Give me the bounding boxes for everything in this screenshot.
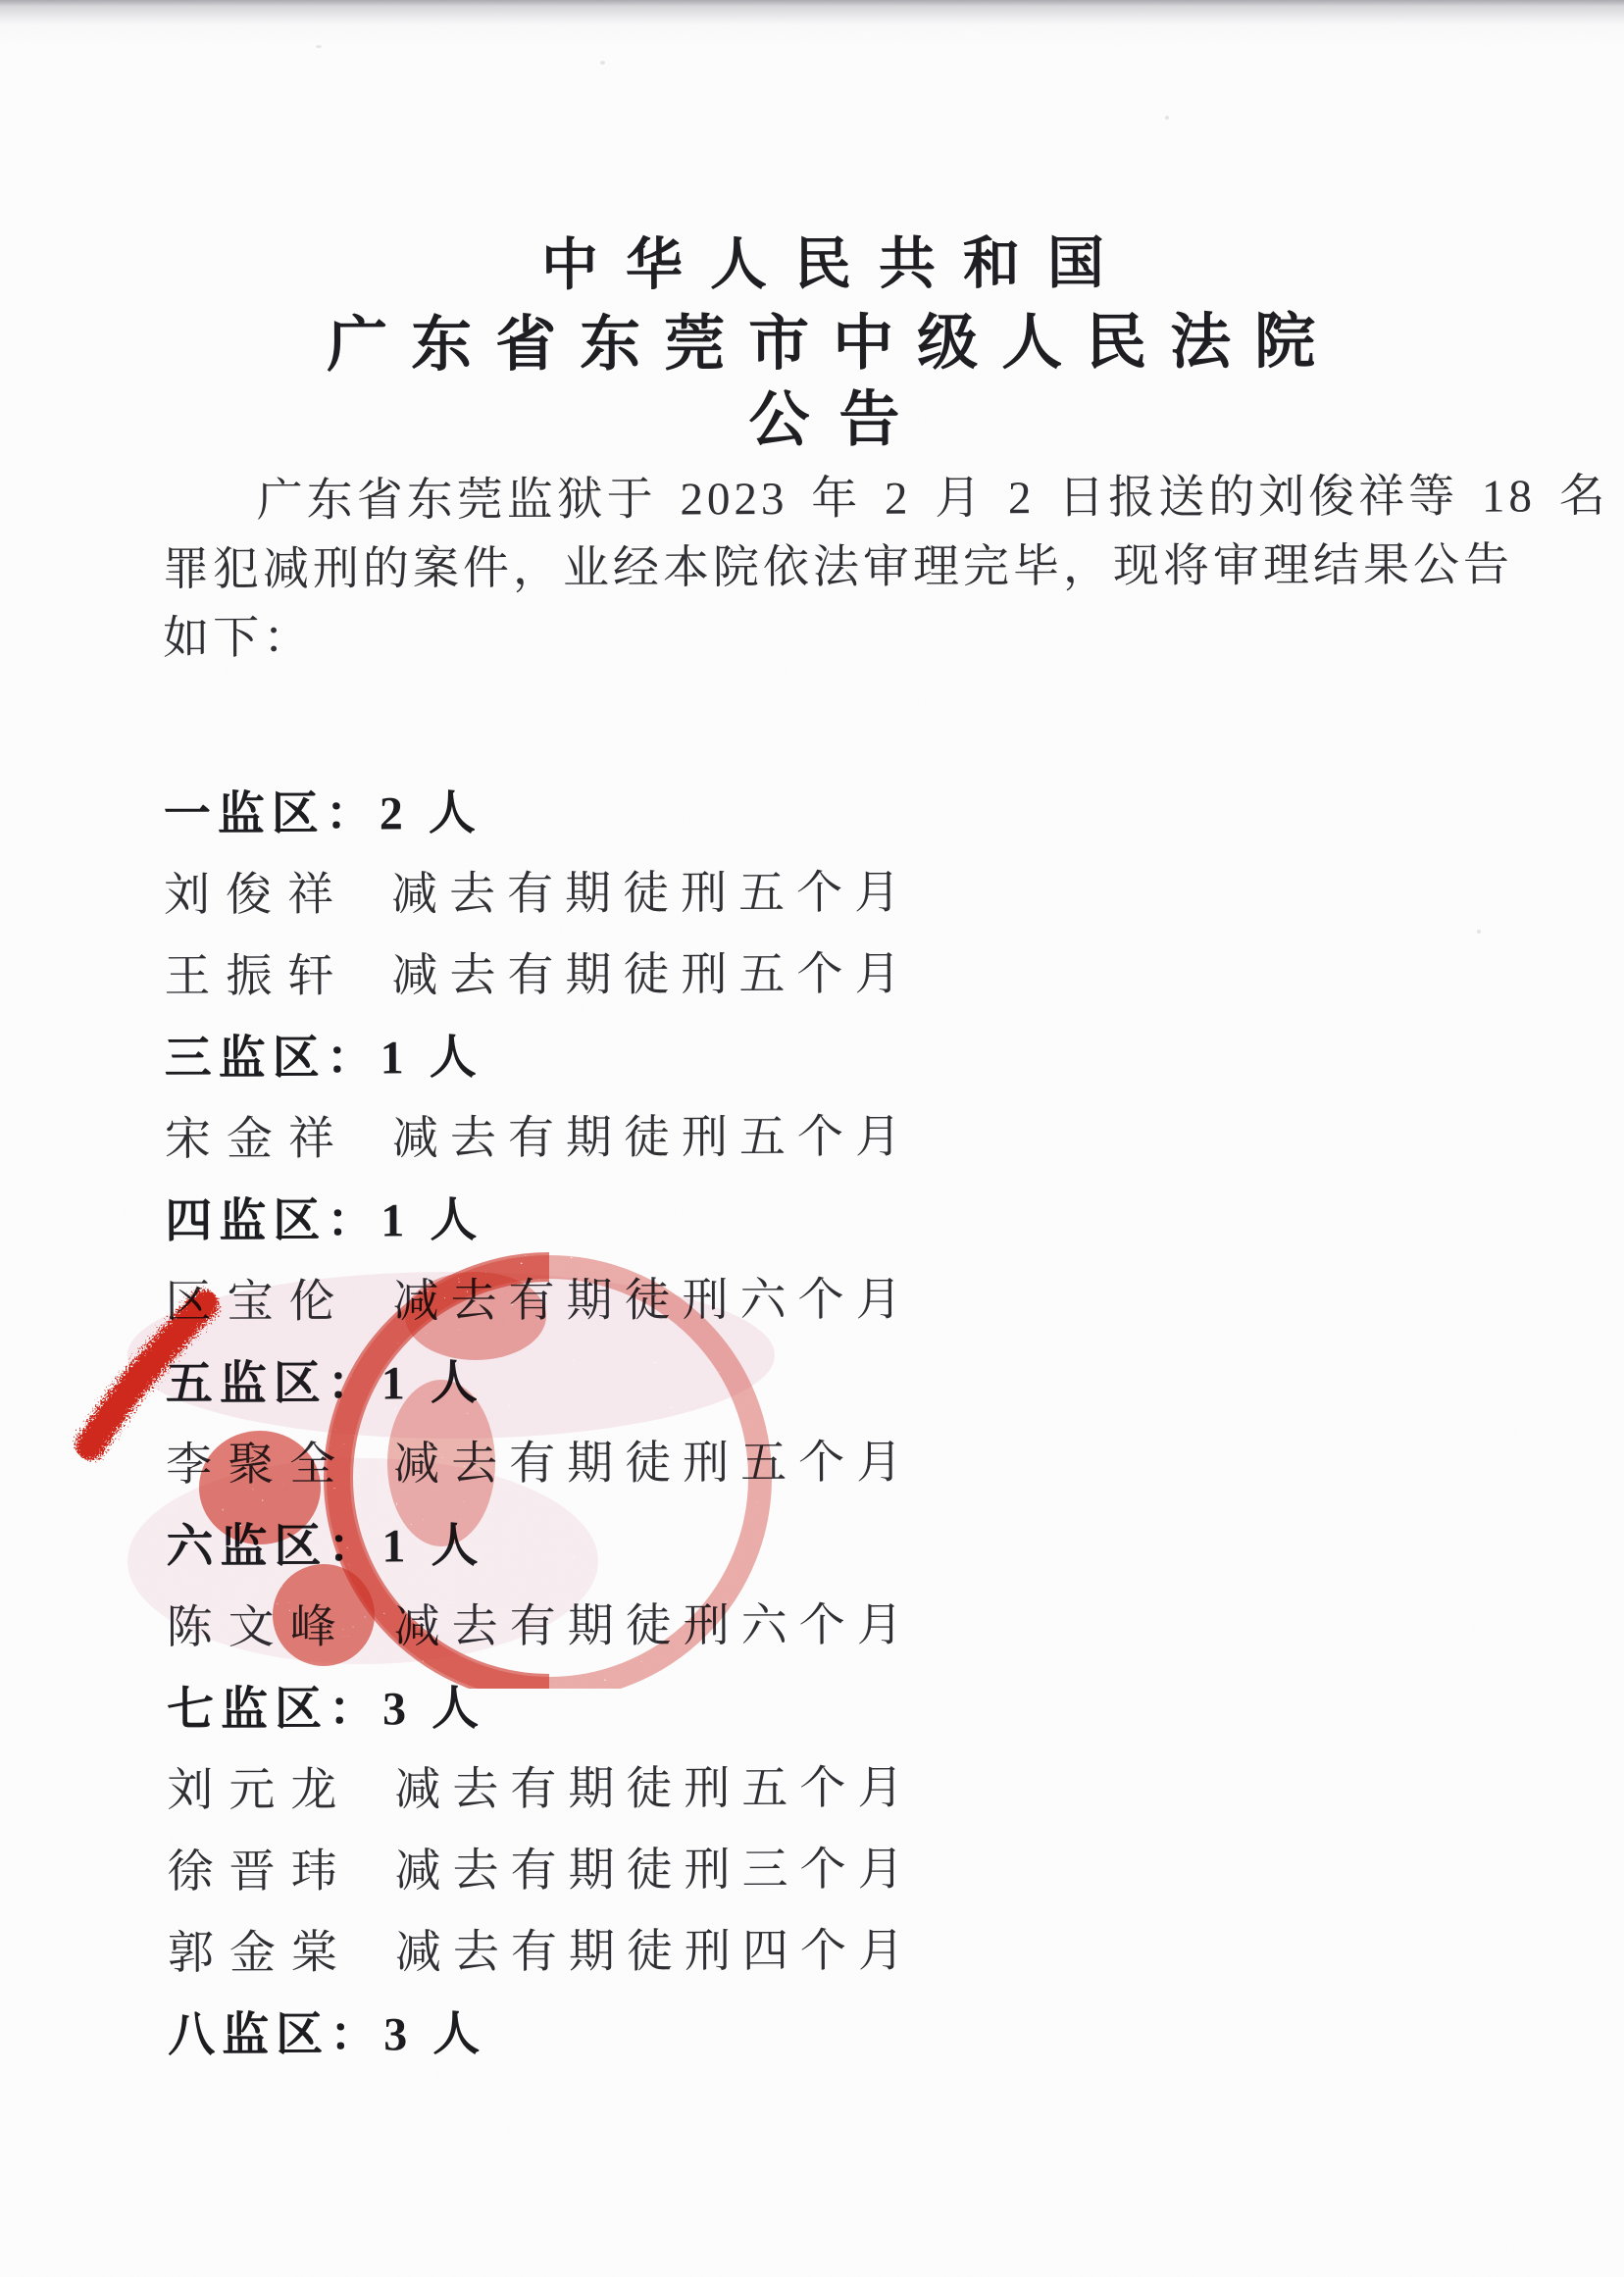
reduction-sentence: 减去有期徒刑五个月 [391, 856, 912, 924]
reduction-sentence: 减去有期徒刑五个月 [394, 1751, 915, 1819]
roster-row: 宋金祥 减去有期徒刑五个月 [165, 1090, 1475, 1177]
prisoner-name: 郭金棠 [168, 1915, 395, 1982]
stamp-ink-blob [405, 1272, 546, 1360]
reduction-sentence: 减去有期徒刑三个月 [394, 1833, 915, 1900]
section-header-ward-3: 三监区：1 人 [165, 1009, 1475, 1095]
title-country: 中华人民共和国 [0, 215, 1624, 303]
section-header-ward-8: 八监区：3 人 [168, 1986, 1478, 2072]
section-header-ward-1: 一监区：2 人 [164, 765, 1474, 851]
reduction-sentence: 减去有期徒刑五个月 [392, 1100, 913, 1168]
roster-row: 刘元龙 减去有期徒刑五个月 [167, 1742, 1477, 1828]
prisoner-name: 宋金祥 [165, 1101, 392, 1168]
prisoner-name: 刘俊祥 [164, 857, 391, 924]
stamp-ink-blob [199, 1431, 321, 1544]
prisoner-name: 刘元龙 [167, 1752, 394, 1819]
prisoner-name: 徐晋玮 [167, 1834, 394, 1900]
intro-line-2: 罪犯减刑的案件，业经本院依法审理完毕，现将审理结果公告 [163, 531, 1473, 605]
stamp-ink-blob [273, 1564, 375, 1666]
roster-row: 王振轩 减去有期徒刑五个月 [164, 928, 1474, 1014]
prisoner-name: 王振轩 [164, 938, 391, 1005]
reduction-sentence: 减去有期徒刑五个月 [391, 937, 912, 1005]
intro-line-3: 如下： [163, 600, 1473, 674]
roster-row: 刘俊祥 减去有期徒刑五个月 [164, 846, 1474, 933]
intro-paragraph: 广东省东莞监狱于 2023 年 2 月 2 日报送的刘俊祥等 18 名 罪犯减刑… [163, 463, 1474, 674]
red-seal-stamp [29, 1238, 912, 1689]
roster-row: 郭金棠 减去有期徒刑四个月 [168, 1904, 1478, 1991]
reduction-sentence: 减去有期徒刑四个月 [395, 1914, 916, 1982]
stamp-ink-blob [387, 1380, 495, 1546]
title-announcement: 公告 [0, 368, 1624, 461]
announcement-page: 中华人民共和国 广东省东莞市中级人民法院 公告 广东省东莞监狱于 2023 年 … [0, 0, 1624, 2277]
intro-line-1: 广东省东莞监狱于 2023 年 2 月 2 日报送的刘俊祥等 18 名 [163, 463, 1473, 536]
roster-row: 徐晋玮 减去有期徒刑三个月 [167, 1823, 1477, 1909]
